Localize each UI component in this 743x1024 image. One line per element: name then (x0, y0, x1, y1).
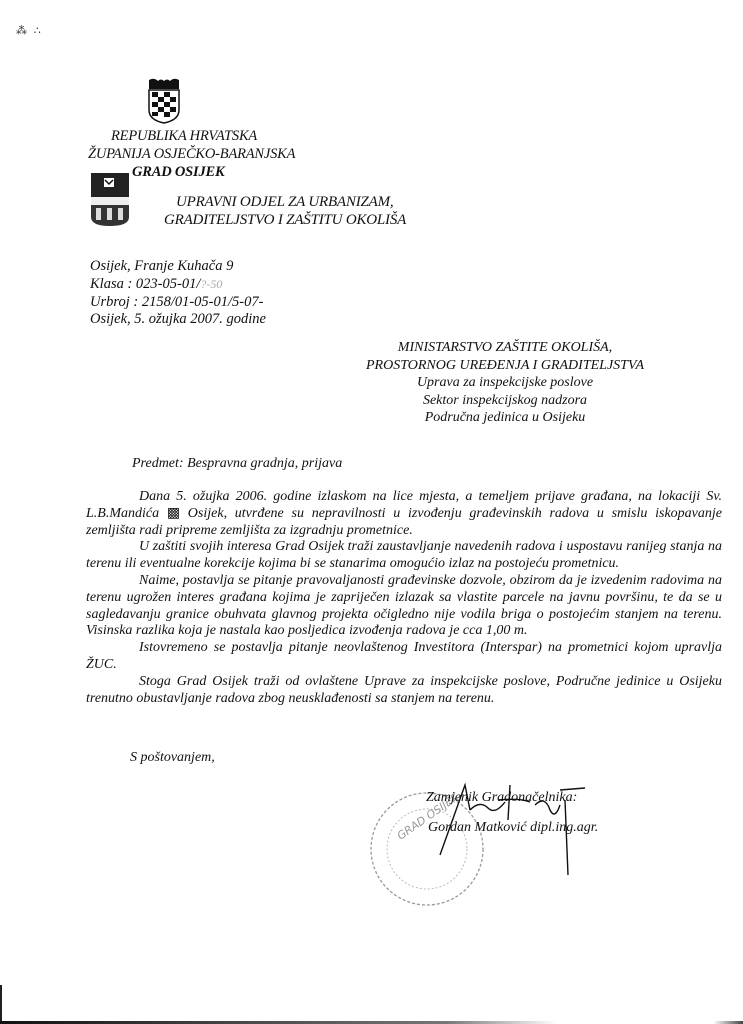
klasa-number: Klasa : 023-05-01/?-50 (90, 276, 222, 294)
paragraph: Naime, postavlja se pitanje pravovaljano… (86, 573, 722, 640)
klasa-handwritten: ?-50 (200, 277, 222, 291)
croatian-coat-of-arms-icon (146, 78, 182, 124)
osijek-coat-of-arms-icon (90, 172, 130, 227)
recipient-ministry-2: PROSTORNOG UREĐENJA I GRADITELJSTVA (330, 357, 680, 375)
klasa-label: Klasa : 023-05-01/ (90, 276, 200, 292)
letterhead-county: ŽUPANIJA OSJEČKO-BARANJSKA (88, 145, 295, 163)
scan-edge-left (0, 985, 2, 1024)
recipient-sector: Sektor inspekcijskog nadzora (330, 392, 680, 410)
letterhead-city: GRAD OSIJEK (132, 163, 224, 181)
scan-specks: ⁂ ∴ (16, 24, 43, 37)
recipient-directorate: Uprava za inspekcijske poslove (330, 374, 680, 392)
closing-salutation: S poštovanjem, (130, 750, 215, 766)
recipient-ministry: MINISTARSTVO ZAŠTITE OKOLIŠA, (330, 339, 680, 357)
recipient-unit: Područna jedinica u Osijeku (330, 409, 680, 427)
subject-line: Predmet: Bespravna gradnja, prijava (132, 456, 342, 472)
paragraph: Istovremeno se postavlja pitanje neovlaš… (86, 640, 722, 674)
sender-address: Osijek, Franje Kuhača 9 (90, 258, 233, 276)
letter-body: Dana 5. ožujka 2006. godine izlaskom na … (86, 489, 722, 707)
paragraph: Stoga Grad Osijek traži od ovlaštene Upr… (86, 674, 722, 708)
department-line-2: GRADITELJSTVO I ZAŠTITU OKOLIŠA (164, 211, 406, 229)
document-date: Osijek, 5. ožujka 2007. godine (90, 311, 266, 329)
department-line-1: UPRAVNI ODJEL ZA URBANIZAM, (176, 193, 393, 211)
recipient-block: MINISTARSTVO ZAŠTITE OKOLIŠA, PROSTORNOG… (330, 339, 680, 427)
letterhead-republic: REPUBLIKA HRVATSKA (111, 127, 257, 145)
handwritten-signature (410, 780, 590, 880)
paragraph: Dana 5. ožujka 2006. godine izlaskom na … (86, 489, 722, 539)
urbroj-number: Urbroj : 2158/01-05-01/5-07- (90, 294, 263, 312)
paragraph: U zaštiti svojih interesa Grad Osijek tr… (86, 539, 722, 573)
